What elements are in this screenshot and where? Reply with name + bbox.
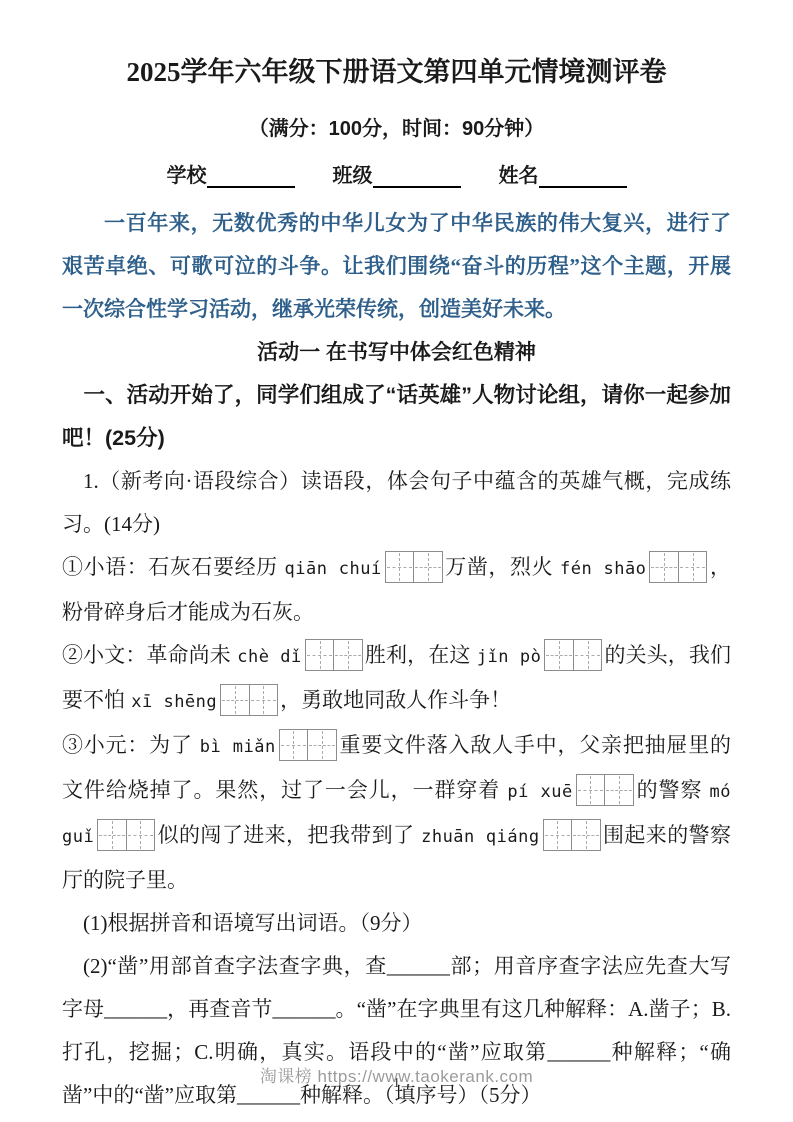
name-blank[interactable] [539,162,627,188]
writing-grid-box[interactable] [544,639,602,671]
writing-grid-box[interactable] [220,684,278,716]
school-field: 学校 [167,159,295,188]
writing-grid-cell[interactable] [98,820,126,850]
sentence-text: ②小文：革命尚未 [62,643,236,667]
exam-meta: （满分：100分，时间：90分钟） [62,112,731,141]
section-one-heading: 一、活动开始了，同学们组成了“话英雄”人物讨论组，请你一起参加吧！(25分) [62,374,731,460]
sentence-text: ③小元：为了 [62,733,199,757]
writing-grid-cell[interactable] [306,640,334,670]
intro-paragraph: 一百年来，无数优秀的中华儿女为了中华民族的伟大复兴，进行了艰苦卓绝、可歌可泣的斗… [62,202,731,331]
page-footer: 1 淘课榜 https://www.taokerank.com [0,1062,793,1112]
writing-grid-box[interactable] [97,819,155,851]
page-title: 2025学年六年级下册语文第四单元情境测评卷 [62,54,731,90]
sub-question-1: (1)根据拼音和语境写出词语。（9分） [62,902,731,945]
sentence-text: 万凿，烈火 [445,555,559,579]
writing-grid-cell[interactable] [545,640,573,670]
pinyin-text: bì miǎn [199,737,277,757]
writing-grid-box[interactable] [305,639,363,671]
writing-grid-box[interactable] [279,729,337,761]
writing-grid-cell[interactable] [650,552,678,582]
writing-grid-box[interactable] [649,551,707,583]
pinyin-text: xī shēng [130,692,218,712]
writing-grid-box[interactable] [385,551,443,583]
pinyin-text: zhuān qiáng [420,827,541,847]
writing-grid-cell[interactable] [413,552,442,582]
activity-heading: 活动一 在书写中体会红色精神 [62,331,731,374]
writing-grid-cell[interactable] [280,730,308,760]
sentence-text: 胜利，在这 [365,643,476,667]
sentence-text: ①小语：石灰石要经历 [62,555,284,579]
sentence-text: ，勇敢地同敌人作斗争！ [280,688,511,712]
writing-grid-cell[interactable] [544,820,572,850]
watermark-text: 淘课榜 https://www.taokerank.com [260,1067,533,1086]
question-1-lead: 1.（新考向·语段综合）读语段，体会句子中蕴含的英雄气概，完成练习。(14分) [62,460,731,546]
pinyin-text: chè dǐ [236,647,303,667]
writing-grid-cell[interactable] [678,552,707,582]
name-field: 姓名 [499,159,627,188]
writing-grid-box[interactable] [576,774,634,806]
writing-grid-cell[interactable] [577,775,605,805]
name-label: 姓名 [499,159,539,188]
dictation-sentence-3: ③小元：为了 bì miǎn重要文件落入敌人手中，父亲把抽屉里的文件给烧掉了。果… [62,724,731,902]
pinyin-text: qiān chuí [284,559,383,579]
writing-grid-cell[interactable] [307,730,336,760]
writing-grid-cell[interactable] [386,552,414,582]
pinyin-text: fén shāo [559,559,647,579]
dictation-sentence-2: ②小文：革命尚未 chè dǐ胜利，在这 jǐn pò的关头，我们要不怕 xī … [62,634,731,724]
student-info-row: 学校 班级 姓名 [62,159,731,188]
writing-grid-cell[interactable] [126,820,155,850]
sentence-text: 的警察 [636,778,709,802]
writing-grid-cell[interactable] [571,820,600,850]
school-blank[interactable] [207,162,295,188]
dictation-sentence-1: ①小语：石灰石要经历 qiān chuí万凿，烈火 fén shāo，粉骨碎身后… [62,546,731,634]
class-blank[interactable] [373,162,461,188]
writing-grid-cell[interactable] [249,685,278,715]
class-label: 班级 [333,159,373,188]
writing-grid-cell[interactable] [573,640,602,670]
class-field: 班级 [333,159,461,188]
writing-grid-cell[interactable] [221,685,249,715]
exam-page: 2025学年六年级下册语文第四单元情境测评卷 （满分：100分，时间：90分钟）… [0,0,793,1122]
writing-grid-cell[interactable] [604,775,633,805]
pinyin-text: pí xuē [506,782,573,802]
writing-grid-cell[interactable] [333,640,362,670]
school-label: 学校 [167,159,207,188]
writing-grid-box[interactable] [543,819,601,851]
sentence-text: 似的闯了进来，把我带到了 [157,823,420,847]
pinyin-text: jǐn pò [476,647,543,667]
